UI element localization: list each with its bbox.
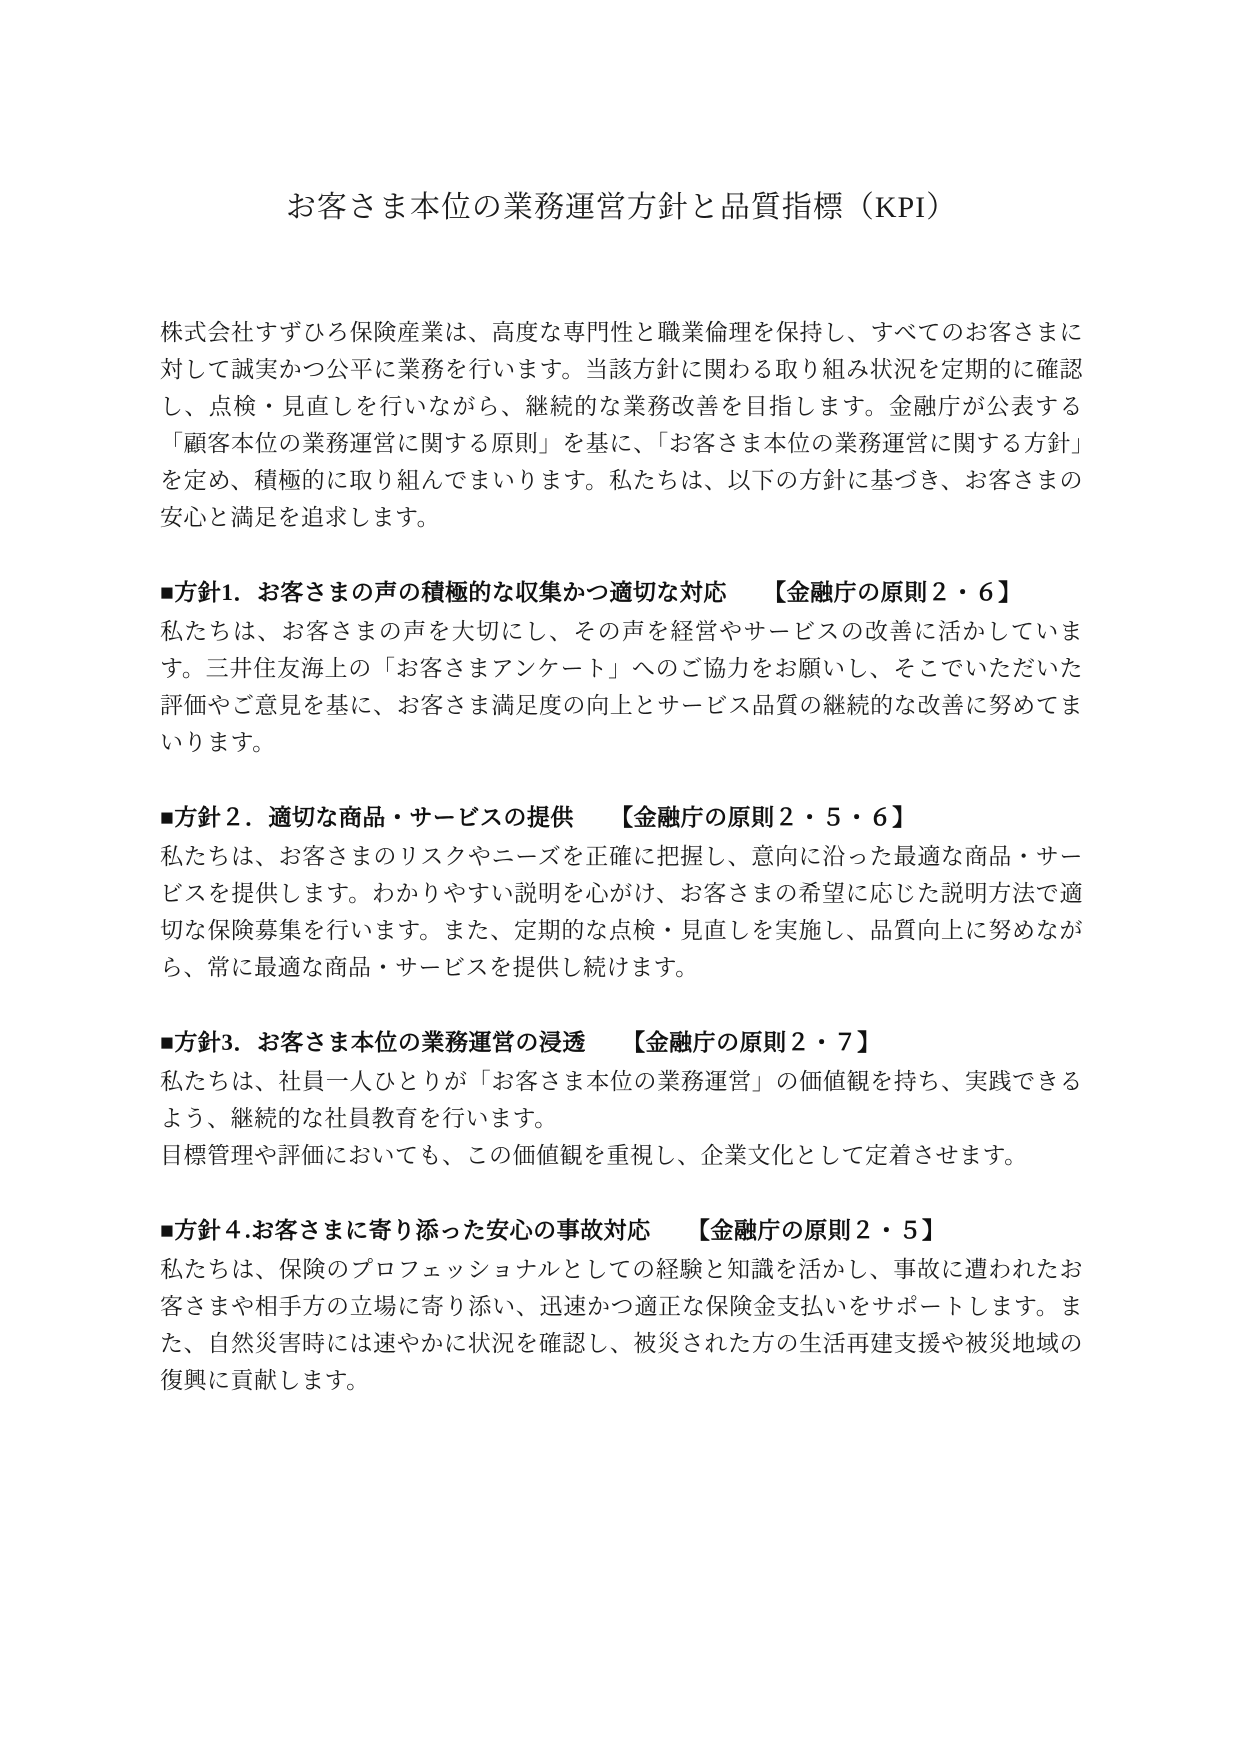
section-heading-1-label: ■方針1．お客さまの声の積極的な収集かつ適切な対応 xyxy=(160,580,727,605)
section-policy-2: ■方針２．適切な商品・サービスの提供 【金融庁の原則２・５・６】 私たちは、お客… xyxy=(160,799,1083,986)
section-principle-2: 【金融庁の原則２・５・６】 xyxy=(610,799,916,836)
section-heading-2-label: ■方針２．適切な商品・サービスの提供 xyxy=(160,805,574,830)
section-heading-4-label: ■方針４.お客さまに寄り添った安心の事故対応 xyxy=(160,1218,651,1243)
section-policy-3: ■方針3．お客さま本位の業務運営の浸透 【金融庁の原則２・７】 私たちは、社員一… xyxy=(160,1024,1083,1174)
section-heading-2: ■方針２．適切な商品・サービスの提供 【金融庁の原則２・５・６】 xyxy=(160,799,1083,836)
section-paragraph-4: 私たちは、保険のプロフェッショナルとしての経験と知識を活かし、事故に遭われたお客… xyxy=(160,1251,1083,1399)
section-principle-3: 【金融庁の原則２・７】 xyxy=(622,1024,881,1061)
section-policy-4: ■方針４.お客さまに寄り添った安心の事故対応 【金融庁の原則２・５】 私たちは、… xyxy=(160,1212,1083,1399)
section-paragraph-1: 私たちは、お客さまの声を大切にし、その声を経営やサービスの改善に活かしています。… xyxy=(160,613,1083,761)
section-principle-1: 【金融庁の原則２・６】 xyxy=(763,574,1022,611)
section-paragraph-3b: 目標管理や評価においても、この価値観を重視し、企業文化として定着させます。 xyxy=(160,1137,1083,1174)
section-paragraph-3a: 私たちは、社員一人ひとりが「お客さま本位の業務運営」の価値観を持ち、実践できるよ… xyxy=(160,1063,1083,1137)
section-principle-4: 【金融庁の原則２・５】 xyxy=(687,1212,946,1249)
section-heading-1: ■方針1．お客さまの声の積極的な収集かつ適切な対応 【金融庁の原則２・６】 xyxy=(160,574,1083,611)
document-page: お客さま本位の業務運営方針と品質指標（KPI） 株式会社すずひろ保険産業は、高度… xyxy=(0,0,1241,1755)
section-heading-4: ■方針４.お客さまに寄り添った安心の事故対応 【金融庁の原則２・５】 xyxy=(160,1212,1083,1249)
section-paragraph-2: 私たちは、お客さまのリスクやニーズを正確に把握し、意向に沿った最適な商品・サービ… xyxy=(160,838,1083,986)
section-heading-3: ■方針3．お客さま本位の業務運営の浸透 【金融庁の原則２・７】 xyxy=(160,1024,1083,1061)
section-heading-3-label: ■方針3．お客さま本位の業務運営の浸透 xyxy=(160,1030,586,1055)
intro-paragraph: 株式会社すずひろ保険産業は、高度な専門性と職業倫理を保持し、すべてのお客さまに対… xyxy=(160,314,1083,536)
page-title: お客さま本位の業務運営方針と品質指標（KPI） xyxy=(160,186,1083,230)
section-policy-1: ■方針1．お客さまの声の積極的な収集かつ適切な対応 【金融庁の原則２・６】 私た… xyxy=(160,574,1083,761)
